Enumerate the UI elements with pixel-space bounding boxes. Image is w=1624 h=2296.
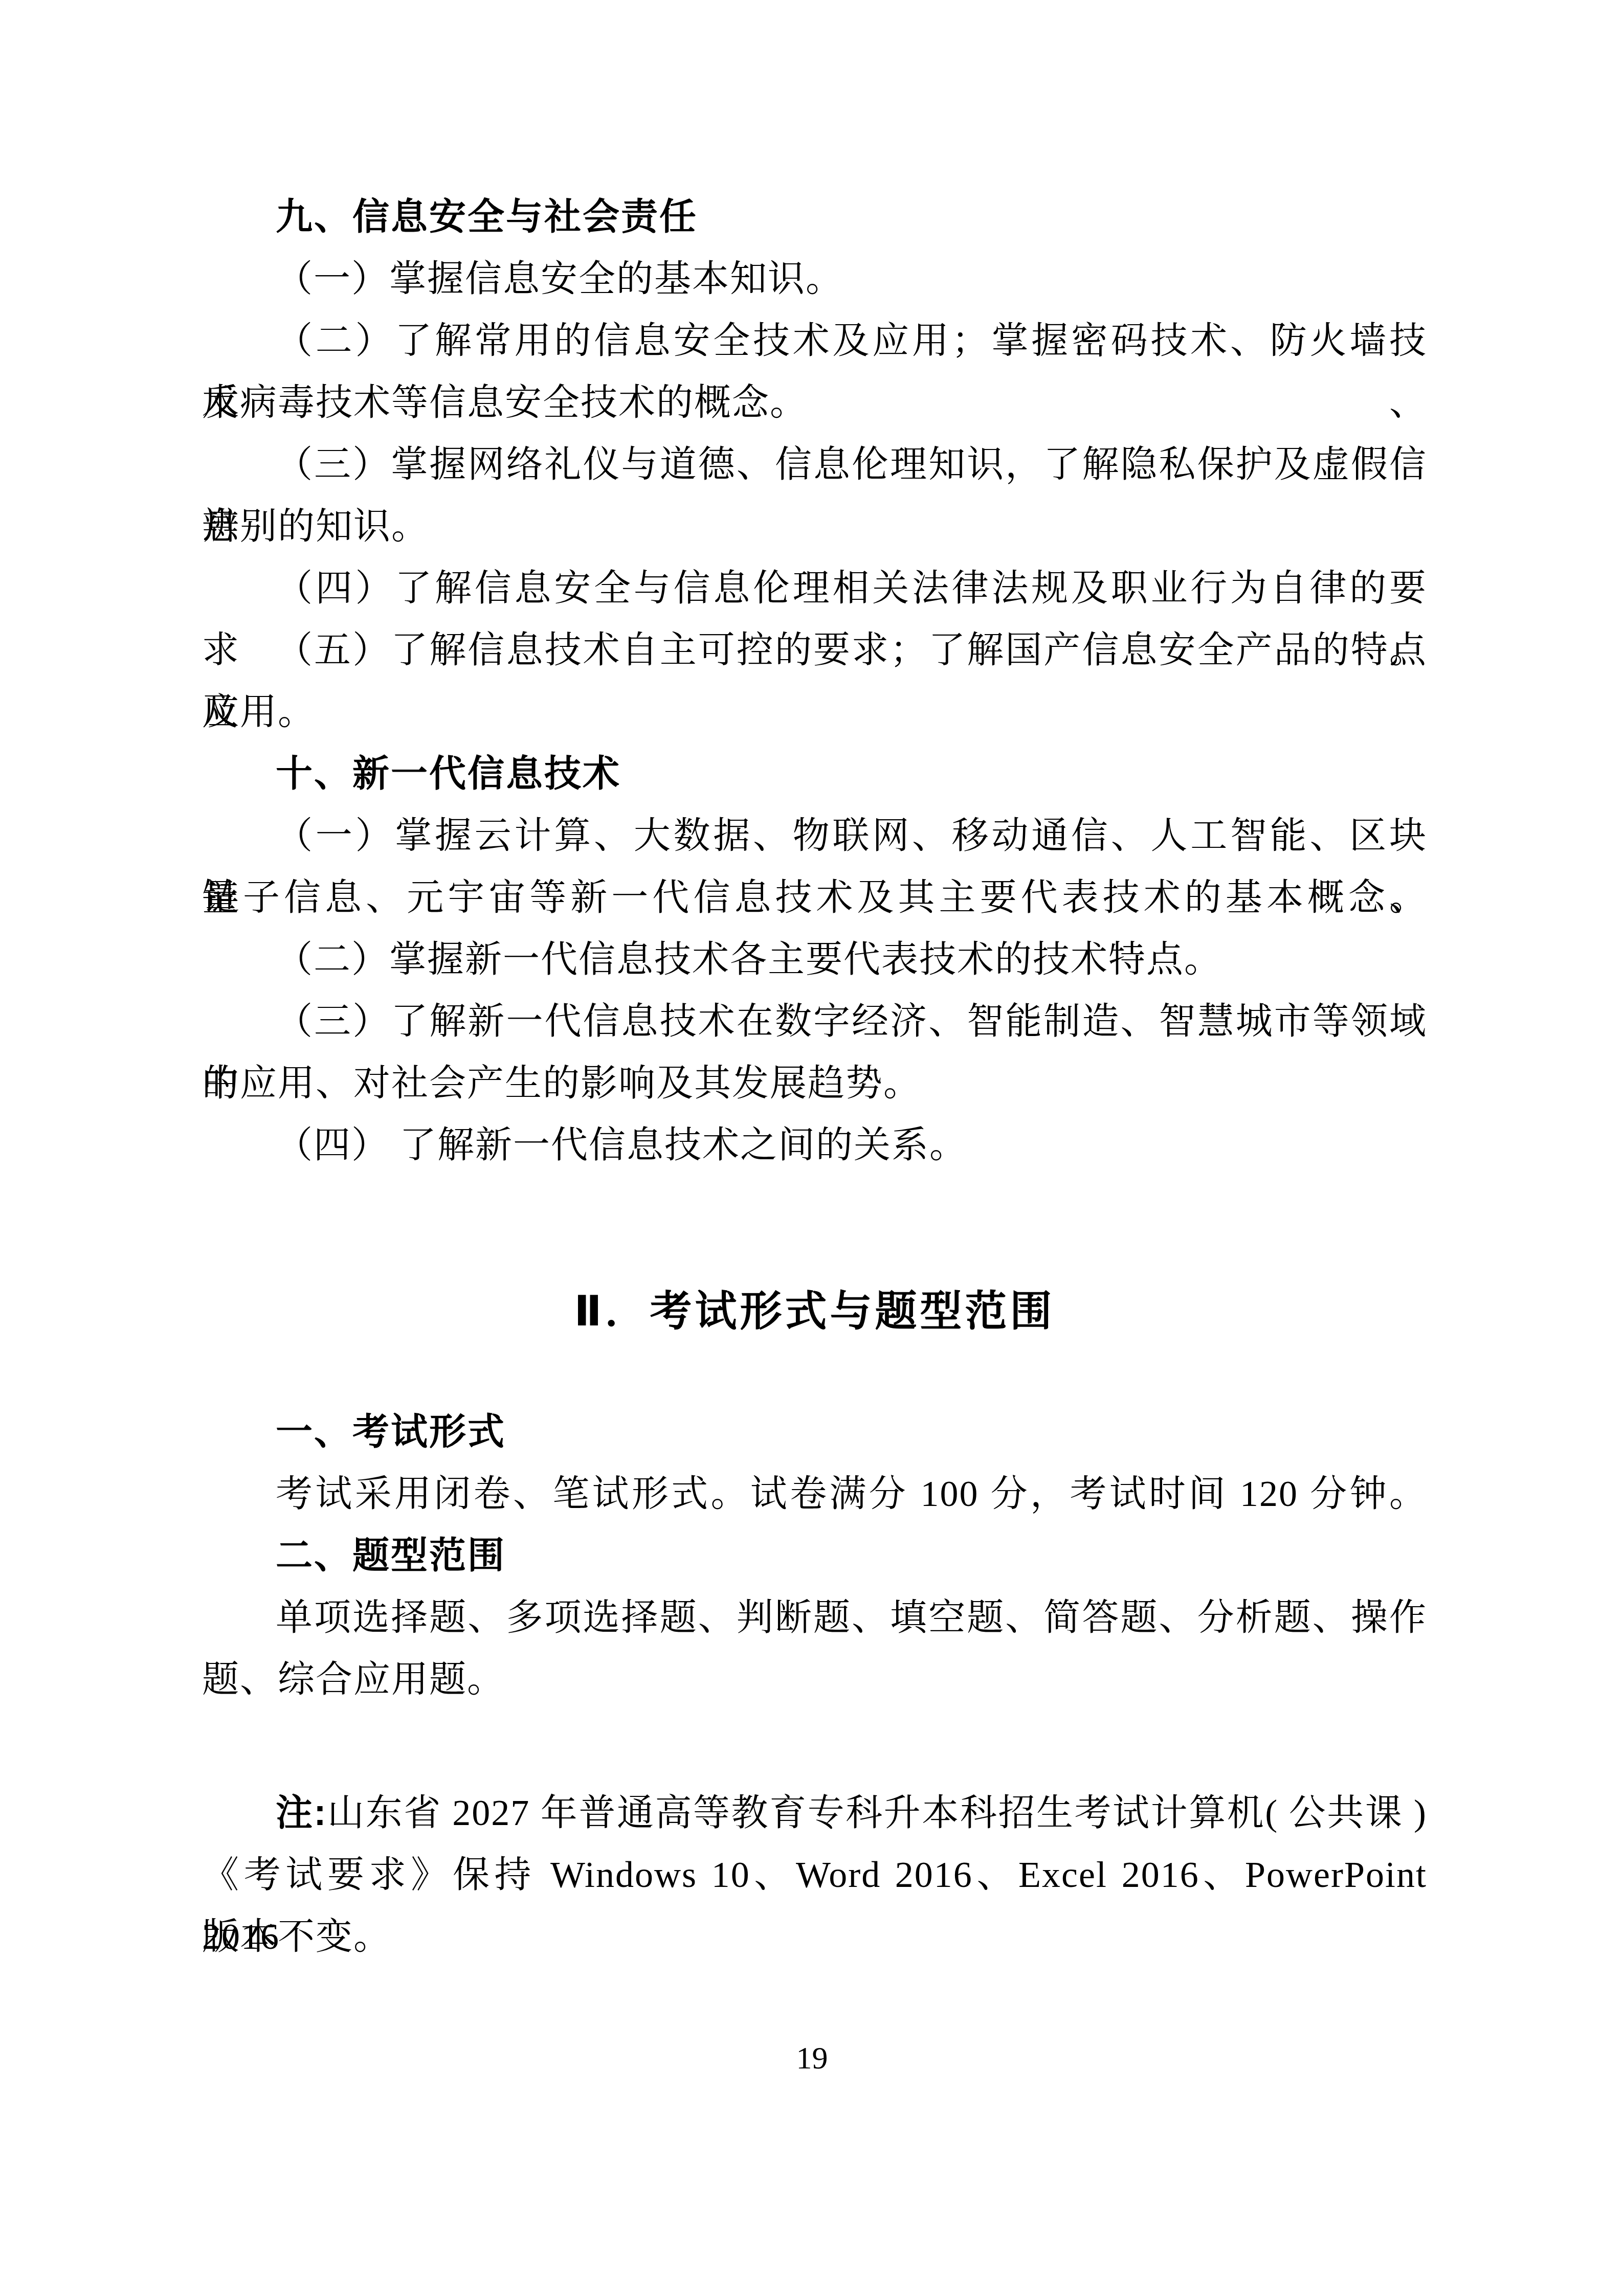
section-10-item-1-line-1: （一）掌握云计算、大数据、物联网、移动通信、人工智能、区块链、 (202, 805, 1427, 867)
question-types-heading: 二、题型范围 (202, 1525, 1427, 1587)
section-9-item-5-line-1: （五）了解信息技术自主可控的要求；了解国产信息安全产品的特点及 (202, 619, 1427, 681)
section-9-item-1: （一）掌握信息安全的基本知识。 (202, 248, 1427, 310)
note-line-1: 注:山东省 2027 年普通高等教育专科升本科招生考试计算机( 公共课 ) (202, 1782, 1427, 1844)
exam-form-text: 考试采用闭卷、笔试形式。试卷满分 100 分，考试时间 120 分钟。 (202, 1463, 1427, 1525)
part-2-heading: Ⅱ．考试形式与题型范围 (202, 1268, 1427, 1355)
section-9-item-4: （四）了解信息安全与信息伦理相关法律法规及职业行为自律的要求。 (202, 557, 1427, 619)
note-paragraph: 注:山东省 2027 年普通高等教育专科升本科招生考试计算机( 公共课 ) 《考… (202, 1782, 1427, 1968)
section-10-item-3-line-2: 的应用、对社会产生的影响及其发展趋势。 (202, 1052, 1427, 1114)
exam-form-heading: 一、考试形式 (202, 1401, 1427, 1463)
document-content: 九、信息安全与社会责任 （一）掌握信息安全的基本知识。 （二）了解常用的信息安全… (202, 186, 1427, 1968)
question-types-line-2: 题、综合应用题。 (202, 1649, 1427, 1710)
note-line-3: 版本不变。 (202, 1906, 1427, 1968)
question-types-line-1: 单项选择题、多项选择题、判断题、填空题、简答题、分析题、操作 (202, 1587, 1427, 1649)
section-10-item-1-line-2: 量子信息、元宇宙等新一代信息技术及其主要代表技术的基本概念。 (202, 867, 1427, 929)
section-9-item-3-line-2: 辨别的知识。 (202, 496, 1427, 557)
note-text: 山东省 2027 年普通高等教育专科升本科招生考试计算机( 公共课 ) (327, 1792, 1427, 1833)
section-10-heading: 十、新一代信息技术 (202, 743, 1427, 805)
document-page: 九、信息安全与社会责任 （一）掌握信息安全的基本知识。 （二）了解常用的信息安全… (0, 0, 1624, 2296)
note-line-2: 《考试要求》保持 Windows 10、Word 2016、Excel 2016… (202, 1844, 1427, 1906)
page-number: 19 (0, 2025, 1624, 2091)
note-label: 注: (276, 1792, 327, 1833)
section-10-item-3-line-1: （三）了解新一代信息技术在数字经济、智能制造、智慧城市等领域中 (202, 991, 1427, 1052)
section-9-heading: 九、信息安全与社会责任 (202, 186, 1427, 248)
section-10-item-4: （四） 了解新一代信息技术之间的关系。 (202, 1114, 1427, 1176)
section-9-item-3-line-1: （三）掌握网络礼仪与道德、信息伦理知识，了解隐私保护及虚假信息 (202, 434, 1427, 496)
section-10-item-2: （二）掌握新一代信息技术各主要代表技术的技术特点。 (202, 929, 1427, 991)
section-9-item-2-line-1: （二）了解常用的信息安全技术及应用；掌握密码技术、防火墙技术、 (202, 310, 1427, 372)
section-9-item-5-line-2: 应用。 (202, 681, 1427, 743)
